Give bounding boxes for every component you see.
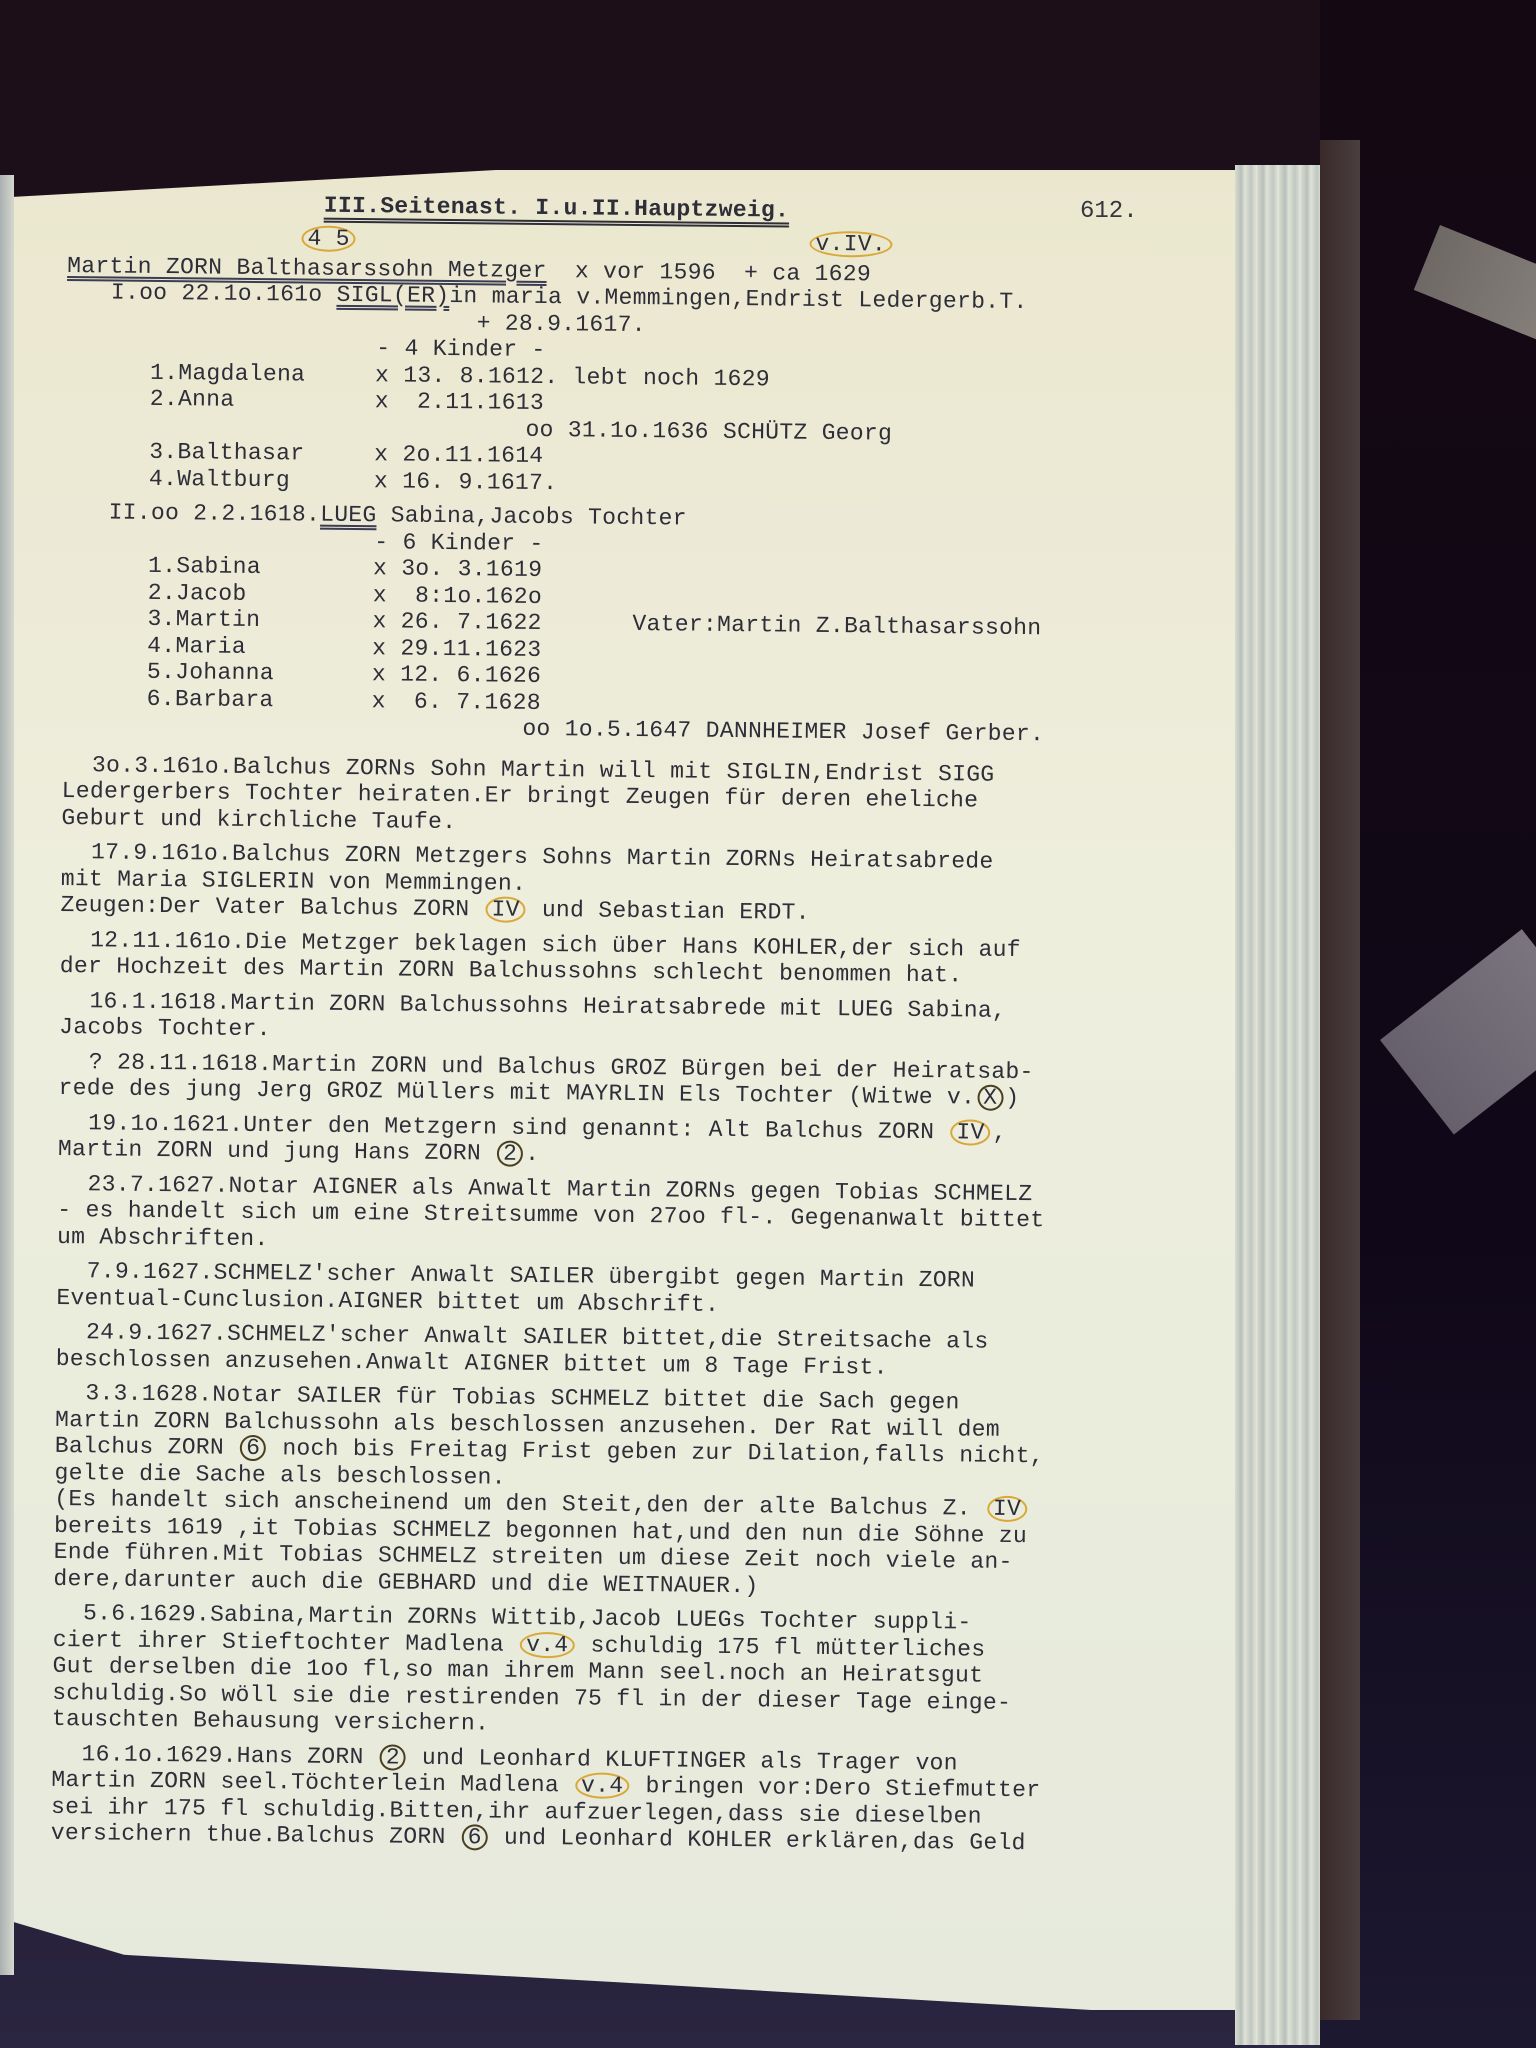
child-birth-date: x 12. 6.1626	[372, 661, 632, 690]
circled-reference: IV	[950, 1119, 990, 1145]
chronicle-entry: 3o.3.161o.Balchus ZORNs Sohn Martin will…	[61, 751, 1202, 842]
chronicle-entry: 7.9.1627.SCHMELZ'scher Anwalt SAILER übe…	[56, 1258, 1196, 1323]
chronicle-entries: 3o.3.161o.Balchus ZORNs Sohn Martin will…	[51, 751, 1202, 1858]
chronicle-entry: 16.1.1618.Martin ZORN Balchussohns Heira…	[59, 987, 1199, 1052]
child-birth-date: x 8:1o.162o	[373, 582, 633, 611]
child-name: 6.Barbara	[63, 684, 372, 714]
circled-reference: IV	[485, 896, 525, 922]
child-name: 5.Johanna	[63, 658, 372, 688]
marriage1-spouse: SIGL(ER)	[336, 282, 449, 309]
circled-reference: 6	[462, 1824, 488, 1850]
circled-reference: 2	[497, 1141, 523, 1167]
marriage2-spouse: LUEG	[320, 502, 377, 529]
child-birth-date: x 2o.11.1614	[374, 441, 634, 470]
circled-reference: 6	[240, 1435, 266, 1461]
circled-reference: IV	[987, 1496, 1027, 1522]
child-birth-date: x 29.11.1623	[372, 635, 632, 664]
circled-reference: X	[977, 1085, 1003, 1111]
child-name: 1.Magdalena	[66, 358, 375, 388]
chronicle-entry: 16.1o.1629.Hans ZORN 2 und Leonhard KLUF…	[51, 1740, 1192, 1858]
child-birth-date: x 6. 7.1628	[372, 688, 632, 717]
child-birth-date: x 16. 9.1617.	[374, 468, 634, 497]
child-name: 1.Sabina	[64, 552, 373, 582]
child-name: 2.Jacob	[64, 578, 373, 608]
circled-reference: v.4	[520, 1631, 575, 1658]
circled-reference: 2	[380, 1744, 406, 1770]
typewritten-text: III.Seitenast. I.u.II.Hauptzweig. 4 5 v.…	[51, 190, 1208, 1866]
chronicle-entry: 19.1o.1621.Unter den Metzgern sind genan…	[58, 1109, 1198, 1174]
chronicle-entry: 5.6.1629.Sabina,Martin ZORNs Wittib,Jaco…	[52, 1600, 1193, 1744]
chronicle-entry: 12.11.161o.Die Metzger beklagen sich übe…	[60, 926, 1200, 991]
child-birth-date: x 2.11.1613	[375, 388, 635, 417]
reference-left-circled: 4 5	[301, 225, 356, 252]
circled-reference: v.4	[575, 1772, 630, 1799]
book-cover-edge	[1320, 140, 1360, 2020]
child-name: 2.Anna	[66, 385, 375, 415]
children1-list: 1.Magdalenax 13. 8.1612. lebt noch 16292…	[65, 358, 1206, 502]
child-name: 3.Balthasar	[65, 438, 374, 468]
page-stack-edge	[1235, 165, 1320, 2045]
children2-list: 1.Sabinax 3o. 3.16192.Jacobx 8:1o.162o3.…	[63, 552, 1205, 723]
left-page-gutter	[0, 175, 14, 1975]
child-birth-date: x 3o. 3.1619	[373, 555, 633, 584]
chronicle-entry: 17.9.161o.Balchus ZORN Metzgers Sohns Ma…	[60, 839, 1201, 930]
chronicle-entry: 24.9.1627.SCHMELZ'scher Anwalt SAILER bi…	[56, 1319, 1196, 1384]
child-name: 4.Maria	[63, 631, 372, 661]
child-name: 4.Waltburg	[65, 464, 374, 494]
reference-right-circled: v.IV.	[809, 230, 892, 257]
head-life-dates: x vor 1596 + ca 1629	[575, 258, 871, 287]
child-birth-date: x 13. 8.1612. lebt noch 1629	[375, 362, 635, 391]
chronicle-entry: ? 28.11.1618.Martin ZORN und Balchus GRO…	[58, 1048, 1198, 1113]
chronicle-entry: 23.7.1627.Notar AIGNER als Anwalt Martin…	[57, 1170, 1198, 1261]
chronicle-entry: 3.3.1628.Notar SAILER für Tobias SCHMELZ…	[53, 1380, 1195, 1604]
child-name: 3.Martin	[63, 605, 372, 635]
child-birth-date: x 26. 7.1622	[372, 608, 632, 637]
